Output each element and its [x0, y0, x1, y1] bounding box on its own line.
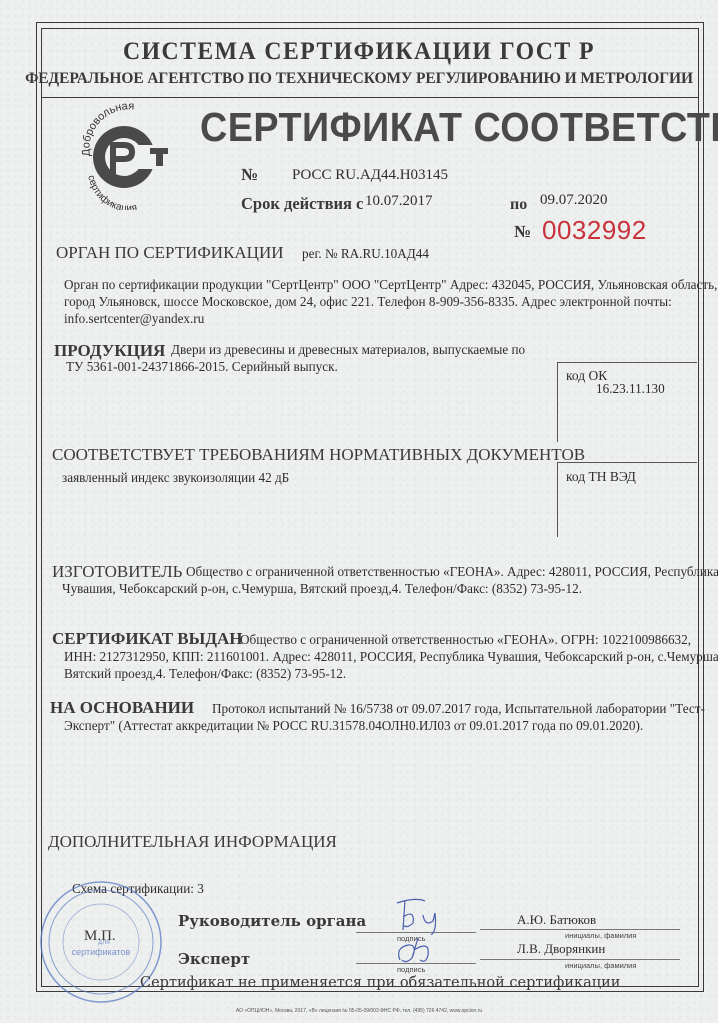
stamp-sub-text: сертификатов — [72, 947, 131, 957]
additional-info-heading: ДОПОЛНИТЕЛЬНАЯ ИНФОРМАЦИЯ — [48, 832, 337, 852]
expert-name-line — [480, 959, 680, 960]
head-signature-icon — [385, 895, 455, 935]
system-title: СИСТЕМА СЕРТИФИКАЦИИ ГОСТ Р — [18, 38, 700, 66]
agency-title: ФЕДЕРАЛЬНОЕ АГЕНТСТВО ПО ТЕХНИЧЕСКОМУ РЕ… — [0, 70, 718, 88]
header-divider — [41, 97, 699, 98]
tnved-code-box: код ТН ВЭД — [557, 462, 697, 537]
expert-label: Эксперт — [178, 950, 250, 968]
tnved-code-label: код ТН ВЭД — [566, 468, 636, 485]
issued-to-heading: СЕРТИФИКАТ ВЫДАН — [52, 629, 243, 649]
number-label: № — [241, 165, 258, 185]
rst-logo-icon: Добровольная сертификация — [72, 102, 184, 210]
basis-line: Протокол испытаний № 16/5738 от 09.07.20… — [212, 700, 705, 717]
manufacturer-heading: ИЗГОТОВИТЕЛЬ — [52, 562, 182, 582]
head-name: А.Ю. Батюков — [517, 912, 596, 928]
expert-name: Л.В. Дворянкин — [517, 941, 605, 957]
conformity-text: заявленный индекс звукоизоляции 42 дБ — [62, 469, 289, 486]
ok-code-value: 16.23.11.130 — [596, 380, 665, 397]
certification-body-email: info.sertcenter@yandex.ru — [64, 310, 204, 327]
expert-signature-icon — [390, 930, 450, 970]
basis-heading: НА ОСНОВАНИИ — [50, 698, 194, 718]
voluntary-notice: Сертификат не применяется при обязательн… — [140, 975, 620, 991]
stamp-place-label: М.П. — [84, 928, 116, 945]
manufacturer-line: Общество с ограниченной ответственностью… — [186, 563, 718, 580]
valid-from: 10.07.2017 — [365, 193, 433, 210]
manufacturer-line: Чувашия, Чебоксарский р-он, с.Чемурша, В… — [62, 580, 582, 597]
head-name-line — [480, 929, 680, 930]
name-caption: инициалы, фамилия — [565, 931, 636, 940]
validity-label: Срок действия с — [241, 194, 363, 214]
certification-body-line: Орган по сертификации продукции "СертЦен… — [64, 276, 717, 293]
registration-number: рег. № RA.RU.10АД44 — [302, 245, 429, 262]
serial-label: № — [514, 222, 531, 242]
issued-to-line: Общество с ограниченной ответственностью… — [240, 631, 691, 648]
head-of-body-label: Руководитель органа — [178, 912, 366, 930]
product-line: ТУ 5361-001-24371866-2015. Серийный выпу… — [66, 358, 338, 375]
certificate-number: РОСС RU.АД44.Н03145 — [292, 167, 448, 184]
certificate-title: СЕРТИФИКАТ СООТВЕТСТВИЯ — [200, 104, 718, 151]
basis-line: Эксперт" (Аттестат аккредитации № РОСС R… — [64, 717, 643, 734]
issued-to-line: Вятский проезд,4. Телефон/Факс: (8352) 7… — [64, 665, 346, 682]
serial-number: 0032992 — [542, 215, 647, 246]
valid-to: 09.07.2020 — [540, 192, 608, 209]
ok-code-box: код ОК 16.23.11.130 — [557, 362, 697, 442]
valid-to-label: по — [510, 196, 527, 214]
printer-footer: АО «ОПЦИОН», Москва, 2017, «В» лицензия … — [0, 1008, 718, 1014]
certification-body-line: город Ульяновск, шоссе Московское, дом 2… — [64, 293, 672, 310]
conformity-heading: СООТВЕТСТВУЕТ ТРЕБОВАНИЯМ НОРМАТИВНЫХ ДО… — [52, 445, 585, 465]
product-line: Двери из древесины и древесных материало… — [171, 341, 525, 358]
issued-to-line: ИНН: 2127312950, КПП: 211601001. Адрес: … — [64, 648, 718, 665]
name-caption: инициалы, фамилия — [565, 961, 636, 970]
certification-body-heading: ОРГАН ПО СЕРТИФИКАЦИИ — [56, 243, 284, 263]
